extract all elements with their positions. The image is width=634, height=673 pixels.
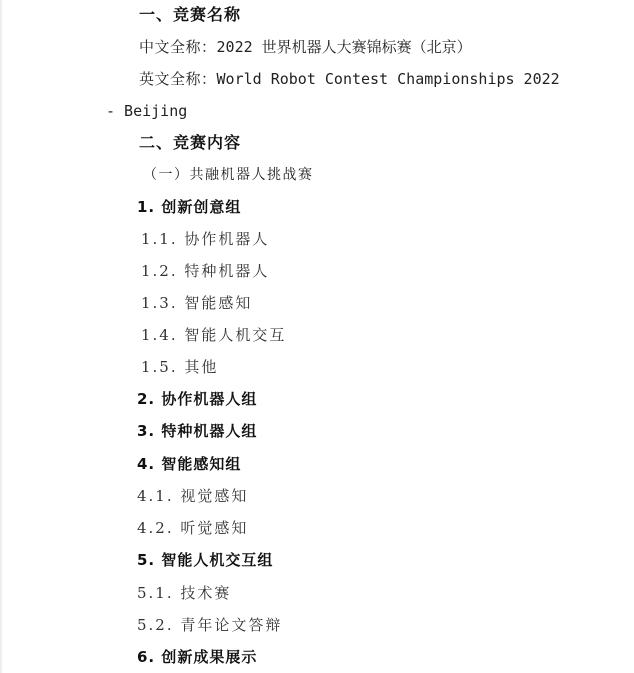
list-item: 5.2. 青年论文答辩 <box>137 615 282 635</box>
list-item: 1.4. 智能人机交互 <box>141 325 286 345</box>
group-title-human-robot-interaction: 5. 智能人机交互组 <box>137 550 273 570</box>
english-full-name: 英文全称：World Robot Contest Championships 2… <box>139 69 560 89</box>
list-item: 4.1. 视觉感知 <box>137 486 248 506</box>
subsection-heading-coexisting-robot-challenge: （一）共融机器人挑战赛 <box>143 165 314 185</box>
list-item: 4.2. 听觉感知 <box>137 518 248 538</box>
group-title-special-robot: 3. 特种机器人组 <box>137 421 257 441</box>
list-item: 1.1. 协作机器人 <box>141 229 269 249</box>
chinese-full-name: 中文全称：2022 世界机器人大赛锦标赛（北京） <box>139 37 472 57</box>
english-name-continuation: - Beijing <box>106 101 187 121</box>
list-item: 1.3. 智能感知 <box>141 293 252 313</box>
chinese-name-label: 中文全称： <box>139 38 217 56</box>
group-title-collaborative-robot: 2. 协作机器人组 <box>137 389 257 409</box>
english-name-label: 英文全称： <box>139 70 217 88</box>
group-title-innovation: 1. 创新创意组 <box>137 197 241 217</box>
section-heading-competition-name: 一、竞赛名称 <box>139 5 241 25</box>
group-title-innovation-showcase: 6. 创新成果展示 <box>137 647 257 667</box>
chinese-name-value: 2022 世界机器人大赛锦标赛（北京） <box>217 38 472 56</box>
group-title-intelligent-perception: 4. 智能感知组 <box>137 454 241 474</box>
list-item: 1.2. 特种机器人 <box>141 261 269 281</box>
page-edge <box>0 0 3 673</box>
section-heading-competition-content: 二、竞赛内容 <box>139 133 241 153</box>
list-item: 1.5. 其他 <box>141 357 218 377</box>
list-item: 5.1. 技术赛 <box>137 583 231 603</box>
english-name-value: World Robot Contest Championships 2022 <box>217 70 560 88</box>
